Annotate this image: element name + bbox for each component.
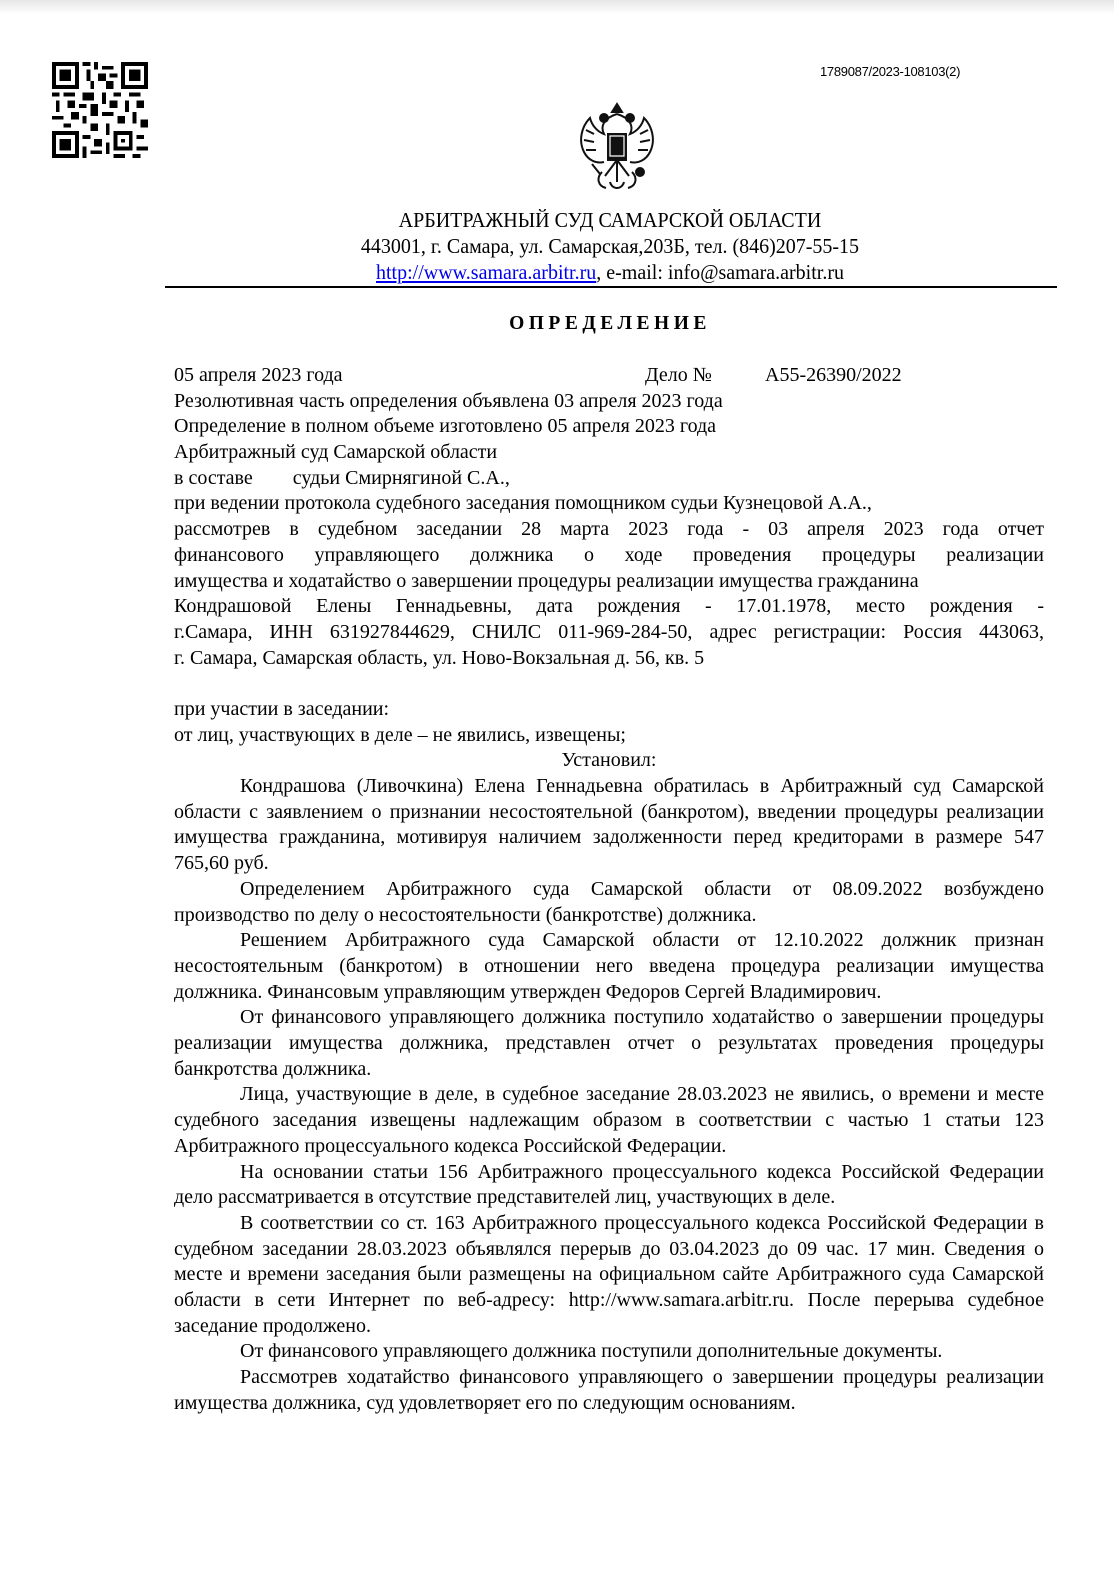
- paragraph: Решением Арбитражного суда Самарской обл…: [174, 928, 1044, 1005]
- case-label: Дело №: [645, 363, 712, 389]
- coat-of-arms-icon: [574, 100, 660, 198]
- qr-code-icon: [52, 62, 148, 158]
- viewer-top-shadow: [0, 0, 1114, 14]
- paragraph: Определением Арбитражного суда Самарской…: [174, 877, 1044, 928]
- composition-line: в составесудьи Смирнягиной С.А.,: [174, 466, 1044, 492]
- header-divider: [165, 286, 1057, 288]
- intro-line: финансового управляющего должника о ходе…: [174, 543, 1044, 569]
- court-contacts: http://www.samara.arbitr.ru, e-mail: inf…: [196, 259, 1024, 285]
- intro-line: рассмотрев в судебном заседании 28 марта…: [174, 517, 1044, 543]
- court-name-line: Арбитражный суд Самарской области: [174, 440, 1044, 466]
- paragraph: В соответствии со ст. 163 Арбитражного п…: [174, 1211, 1044, 1340]
- paragraph: От финансового управляющего должника пос…: [174, 1005, 1044, 1082]
- court-website-link[interactable]: http://www.samara.arbitr.ru: [376, 260, 596, 284]
- paragraph: От финансового управляющего должника пос…: [174, 1339, 1044, 1365]
- composition-judge: судьи Смирнягиной С.А.,: [293, 467, 510, 489]
- document-date: 05 апреля 2023 года: [174, 364, 343, 386]
- court-header: АРБИТРАЖНЫЙ СУД САМАРСКОЙ ОБЛАСТИ 443001…: [196, 207, 1024, 285]
- established-heading: Установил:: [174, 748, 1044, 774]
- intro-line: имущества и ходатайство о завершении про…: [174, 569, 1044, 595]
- full-text-made: Определение в полном объеме изготовлено …: [174, 414, 1044, 440]
- case-number: А55-26390/2022: [765, 363, 902, 389]
- court-email: , e-mail: info@samara.arbitr.ru: [596, 260, 844, 284]
- paragraph: Кондрашова (Ливочкина) Елена Геннадьевна…: [174, 774, 1044, 877]
- paragraphs: Кондрашова (Ливочкина) Елена Геннадьевна…: [174, 774, 1044, 1417]
- paragraph: На основании статьи 156 Арбитражного про…: [174, 1160, 1044, 1211]
- document-body: 05 апреля 2023 года Дело № А55-26390/202…: [174, 363, 1044, 1417]
- participation-label: при участии в заседании:: [174, 697, 1044, 723]
- document-title: ОПРЕДЕЛЕНИЕ: [165, 313, 1055, 335]
- intro-line: г. Самара, Самарская область, ул. Ново-В…: [174, 646, 1044, 672]
- intro-line: г.Самара, ИНН 631927844629, СНИЛС 011-96…: [174, 620, 1044, 646]
- court-address: 443001, г. Самара, ул. Самарская,203Б, т…: [196, 233, 1024, 259]
- protocol-line: при ведении протокола судебного заседани…: [174, 491, 1044, 517]
- composition-label: в составе: [174, 467, 253, 489]
- document-id: 1789087/2023-108103(2): [820, 64, 960, 79]
- participation-persons: от лиц, участвующих в деле – не явились,…: [174, 723, 1044, 749]
- court-name: АРБИТРАЖНЫЙ СУД САМАРСКОЙ ОБЛАСТИ: [196, 207, 1024, 233]
- resolution-announced: Резолютивная часть определения объявлена…: [174, 389, 1044, 415]
- intro-line: Кондрашовой Елены Геннадьевны, дата рожд…: [174, 594, 1044, 620]
- date-case-line: 05 апреля 2023 года Дело № А55-26390/202…: [174, 363, 1044, 389]
- paragraph: Рассмотрев ходатайство финансового управ…: [174, 1365, 1044, 1416]
- paragraph: Лица, участвующие в деле, в судебное зас…: [174, 1082, 1044, 1159]
